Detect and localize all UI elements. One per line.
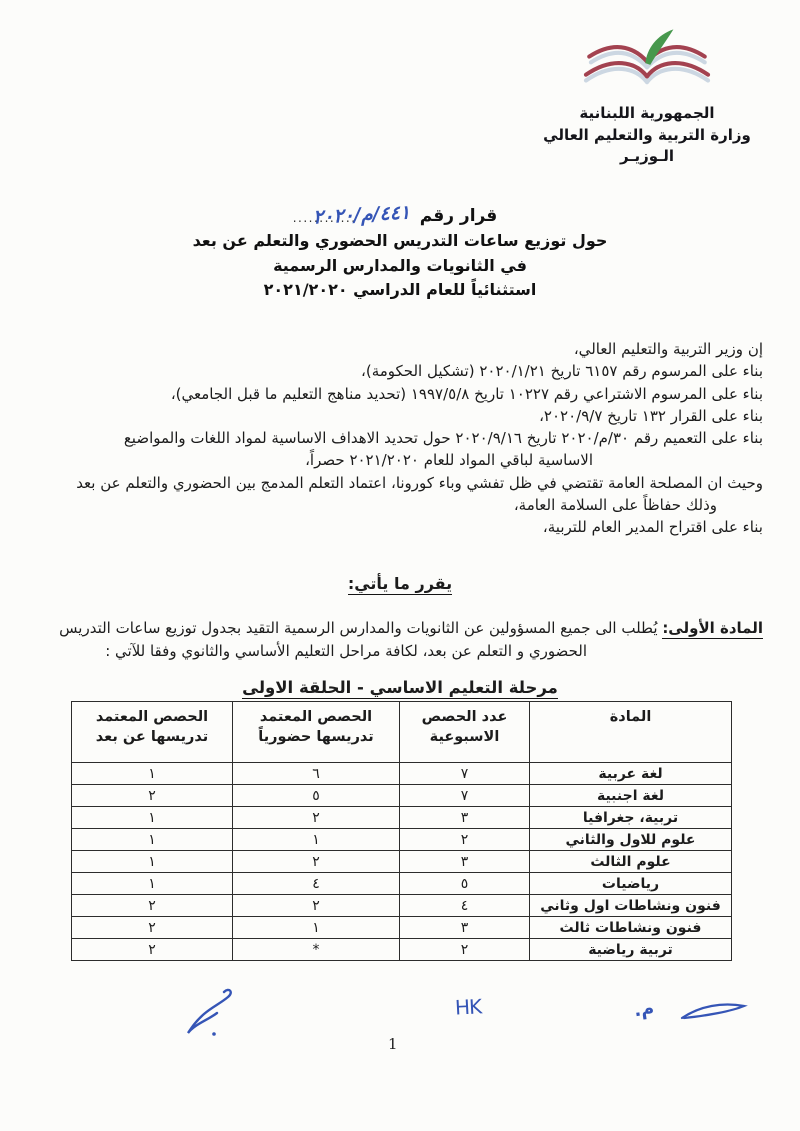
cell-remote: ٢ bbox=[72, 917, 233, 939]
decree-number-label: قرار رقم bbox=[420, 206, 498, 226]
cell-remote: ١ bbox=[72, 807, 233, 829]
letterhead-minister: الـوزيـر bbox=[532, 146, 762, 168]
table-title-text: مرحلة التعليم الاساسي - الحلقة الاولى bbox=[242, 678, 558, 699]
table-row: تربية رياضية ٢ * ٢ bbox=[72, 939, 732, 961]
preamble-line: بناء على المرسوم الاشتراعي رقم ١٠٢٢٧ تار… bbox=[37, 383, 763, 405]
preamble-line: الاساسية لباقي المواد للعام ٢٠٢١/٢٠٢٠ حص… bbox=[37, 449, 763, 471]
cell-remote: ١ bbox=[72, 829, 233, 851]
article-1: المادة الأولى: يُطلب الى جميع المسؤولين … bbox=[37, 617, 763, 662]
preamble-line: وحيث ان المصلحة العامة تقتضي في ظل تفشي … bbox=[37, 472, 763, 494]
cell-in-person: ٢ bbox=[233, 851, 400, 873]
table-row: علوم للاول والثاني ٢ ١ ١ bbox=[72, 829, 732, 851]
cell-subject: علوم للاول والثاني bbox=[530, 829, 732, 851]
table-row: رياضيات ٥ ٤ ١ bbox=[72, 873, 732, 895]
cell-weekly: ٣ bbox=[400, 851, 530, 873]
signature-initials-meem: م. bbox=[633, 998, 656, 1022]
resolution-heading: يقرر ما يأتي: bbox=[0, 574, 800, 593]
preamble-line: إن وزير التربية والتعليم العالي، bbox=[37, 338, 763, 360]
cell-weekly: ٢ bbox=[400, 939, 530, 961]
cell-remote: ١ bbox=[72, 873, 233, 895]
decree-subject-line1: حول توزيع ساعات التدريس الحضوري والتعلم … bbox=[0, 229, 800, 254]
preamble: إن وزير التربية والتعليم العالي، بناء عل… bbox=[37, 338, 763, 539]
letterhead-republic: الجمهورية اللبنانية bbox=[532, 103, 762, 125]
cell-remote: ١ bbox=[72, 851, 233, 873]
decree-subject-line2: في الثانويات والمدارس الرسمية bbox=[0, 254, 800, 279]
cell-in-person: ١ bbox=[233, 829, 400, 851]
cell-in-person: ٢ bbox=[233, 807, 400, 829]
preamble-line: بناء على التعميم رقم ٣٠/م/٢٠٢٠ تاريخ ٢٠٢… bbox=[37, 427, 763, 449]
table-row: لغة عربية ٧ ٦ ١ bbox=[72, 763, 732, 785]
cell-weekly: ٧ bbox=[400, 763, 530, 785]
cell-subject: فنون ونشاطات اول وثاني bbox=[530, 895, 732, 917]
table-row: لغة اجنبية ٧ ٥ ٢ bbox=[72, 785, 732, 807]
cell-weekly: ٤ bbox=[400, 895, 530, 917]
cell-remote: ٢ bbox=[72, 939, 233, 961]
preamble-line: بناء على القرار ١٣٢ تاريخ ٢٠٢٠/٩/٧، bbox=[37, 405, 763, 427]
preamble-line: وذلك حفاظاً على السلامة العامة، bbox=[37, 494, 763, 516]
header-in-person: الحصص المعتمد تدريسها حضورياً bbox=[233, 702, 400, 763]
signature-scribble-left bbox=[178, 984, 240, 1044]
article-1-line2: الحضوري و التعلم عن بعد، لكافة مراحل الت… bbox=[37, 640, 763, 663]
header-remote: الحصص المعتمد تدريسها عن بعد bbox=[72, 702, 233, 763]
signature-flourish-right bbox=[680, 1000, 750, 1026]
decree-number-handwritten: ٤٤١/م/٢٠٢٠ bbox=[312, 199, 410, 230]
table-row: تربية، جغرافيا ٣ ٢ ١ bbox=[72, 807, 732, 829]
letterhead-ministry: وزارة التربية والتعليم العالي bbox=[532, 125, 762, 147]
table-header-row: المادة عدد الحصص الاسبوعية الحصص المعتمد… bbox=[72, 702, 732, 763]
cell-subject: رياضيات bbox=[530, 873, 732, 895]
cell-subject: لغة عربية bbox=[530, 763, 732, 785]
schedule-table: المادة عدد الحصص الاسبوعية الحصص المعتمد… bbox=[71, 701, 732, 961]
cell-in-person: ٤ bbox=[233, 873, 400, 895]
cell-weekly: ٣ bbox=[400, 807, 530, 829]
cell-weekly: ٥ bbox=[400, 873, 530, 895]
header-subject: المادة bbox=[530, 702, 732, 763]
table-title: مرحلة التعليم الاساسي - الحلقة الاولى bbox=[0, 678, 800, 697]
signature-initials-hk: HK bbox=[454, 994, 481, 1019]
letterhead: الجمهورية اللبنانية وزارة التربية والتعل… bbox=[532, 28, 762, 168]
table-row: علوم الثالث ٣ ٢ ١ bbox=[72, 851, 732, 873]
cell-in-person: ٢ bbox=[233, 895, 400, 917]
cell-in-person: ١ bbox=[233, 917, 400, 939]
decree-subject-line3: استثنائياً للعام الدراسي ٢٠٢١/٢٠٢٠ bbox=[0, 278, 800, 303]
cell-in-person: * bbox=[233, 939, 400, 961]
decree-number-line: قرار رقم ............ ٤٤١/م/٢٠٢٠ bbox=[0, 202, 800, 229]
resolution-heading-text: يقرر ما يأتي: bbox=[348, 574, 452, 595]
cell-weekly: ٧ bbox=[400, 785, 530, 807]
cell-remote: ٢ bbox=[72, 785, 233, 807]
cell-in-person: ٦ bbox=[233, 763, 400, 785]
cell-subject: تربية، جغرافيا bbox=[530, 807, 732, 829]
cell-remote: ١ bbox=[72, 763, 233, 785]
cell-subject: فنون ونشاطات ثالث bbox=[530, 917, 732, 939]
cell-remote: ٢ bbox=[72, 895, 233, 917]
table-row: فنون ونشاطات اول وثاني ٤ ٢ ٢ bbox=[72, 895, 732, 917]
decree-heading: قرار رقم ............ ٤٤١/م/٢٠٢٠ حول توز… bbox=[0, 202, 800, 303]
cell-subject: علوم الثالث bbox=[530, 851, 732, 873]
ministry-logo-icon bbox=[581, 28, 713, 100]
article-1-text: يُطلب الى جميع المسؤولين عن الثانويات وا… bbox=[59, 619, 662, 637]
preamble-line: بناء على اقتراح المدير العام للتربية، bbox=[37, 516, 763, 538]
article-1-line1: المادة الأولى: يُطلب الى جميع المسؤولين … bbox=[37, 617, 763, 640]
cell-subject: لغة اجنبية bbox=[530, 785, 732, 807]
scanned-decree-page: الجمهورية اللبنانية وزارة التربية والتعل… bbox=[0, 0, 800, 1131]
article-1-label: المادة الأولى: bbox=[662, 619, 763, 639]
table-row: فنون ونشاطات ثالث ٣ ١ ٢ bbox=[72, 917, 732, 939]
cell-in-person: ٥ bbox=[233, 785, 400, 807]
page-number: 1 bbox=[388, 1035, 398, 1053]
cell-weekly: ٢ bbox=[400, 829, 530, 851]
decree-number-field: ............ ٤٤١/م/٢٠٢٠ bbox=[309, 202, 414, 229]
preamble-line: بناء على المرسوم رقم ٦١٥٧ تاريخ ٢٠٢٠/١/٢… bbox=[37, 360, 763, 382]
cell-weekly: ٣ bbox=[400, 917, 530, 939]
cell-subject: تربية رياضية bbox=[530, 939, 732, 961]
header-weekly: عدد الحصص الاسبوعية bbox=[400, 702, 530, 763]
